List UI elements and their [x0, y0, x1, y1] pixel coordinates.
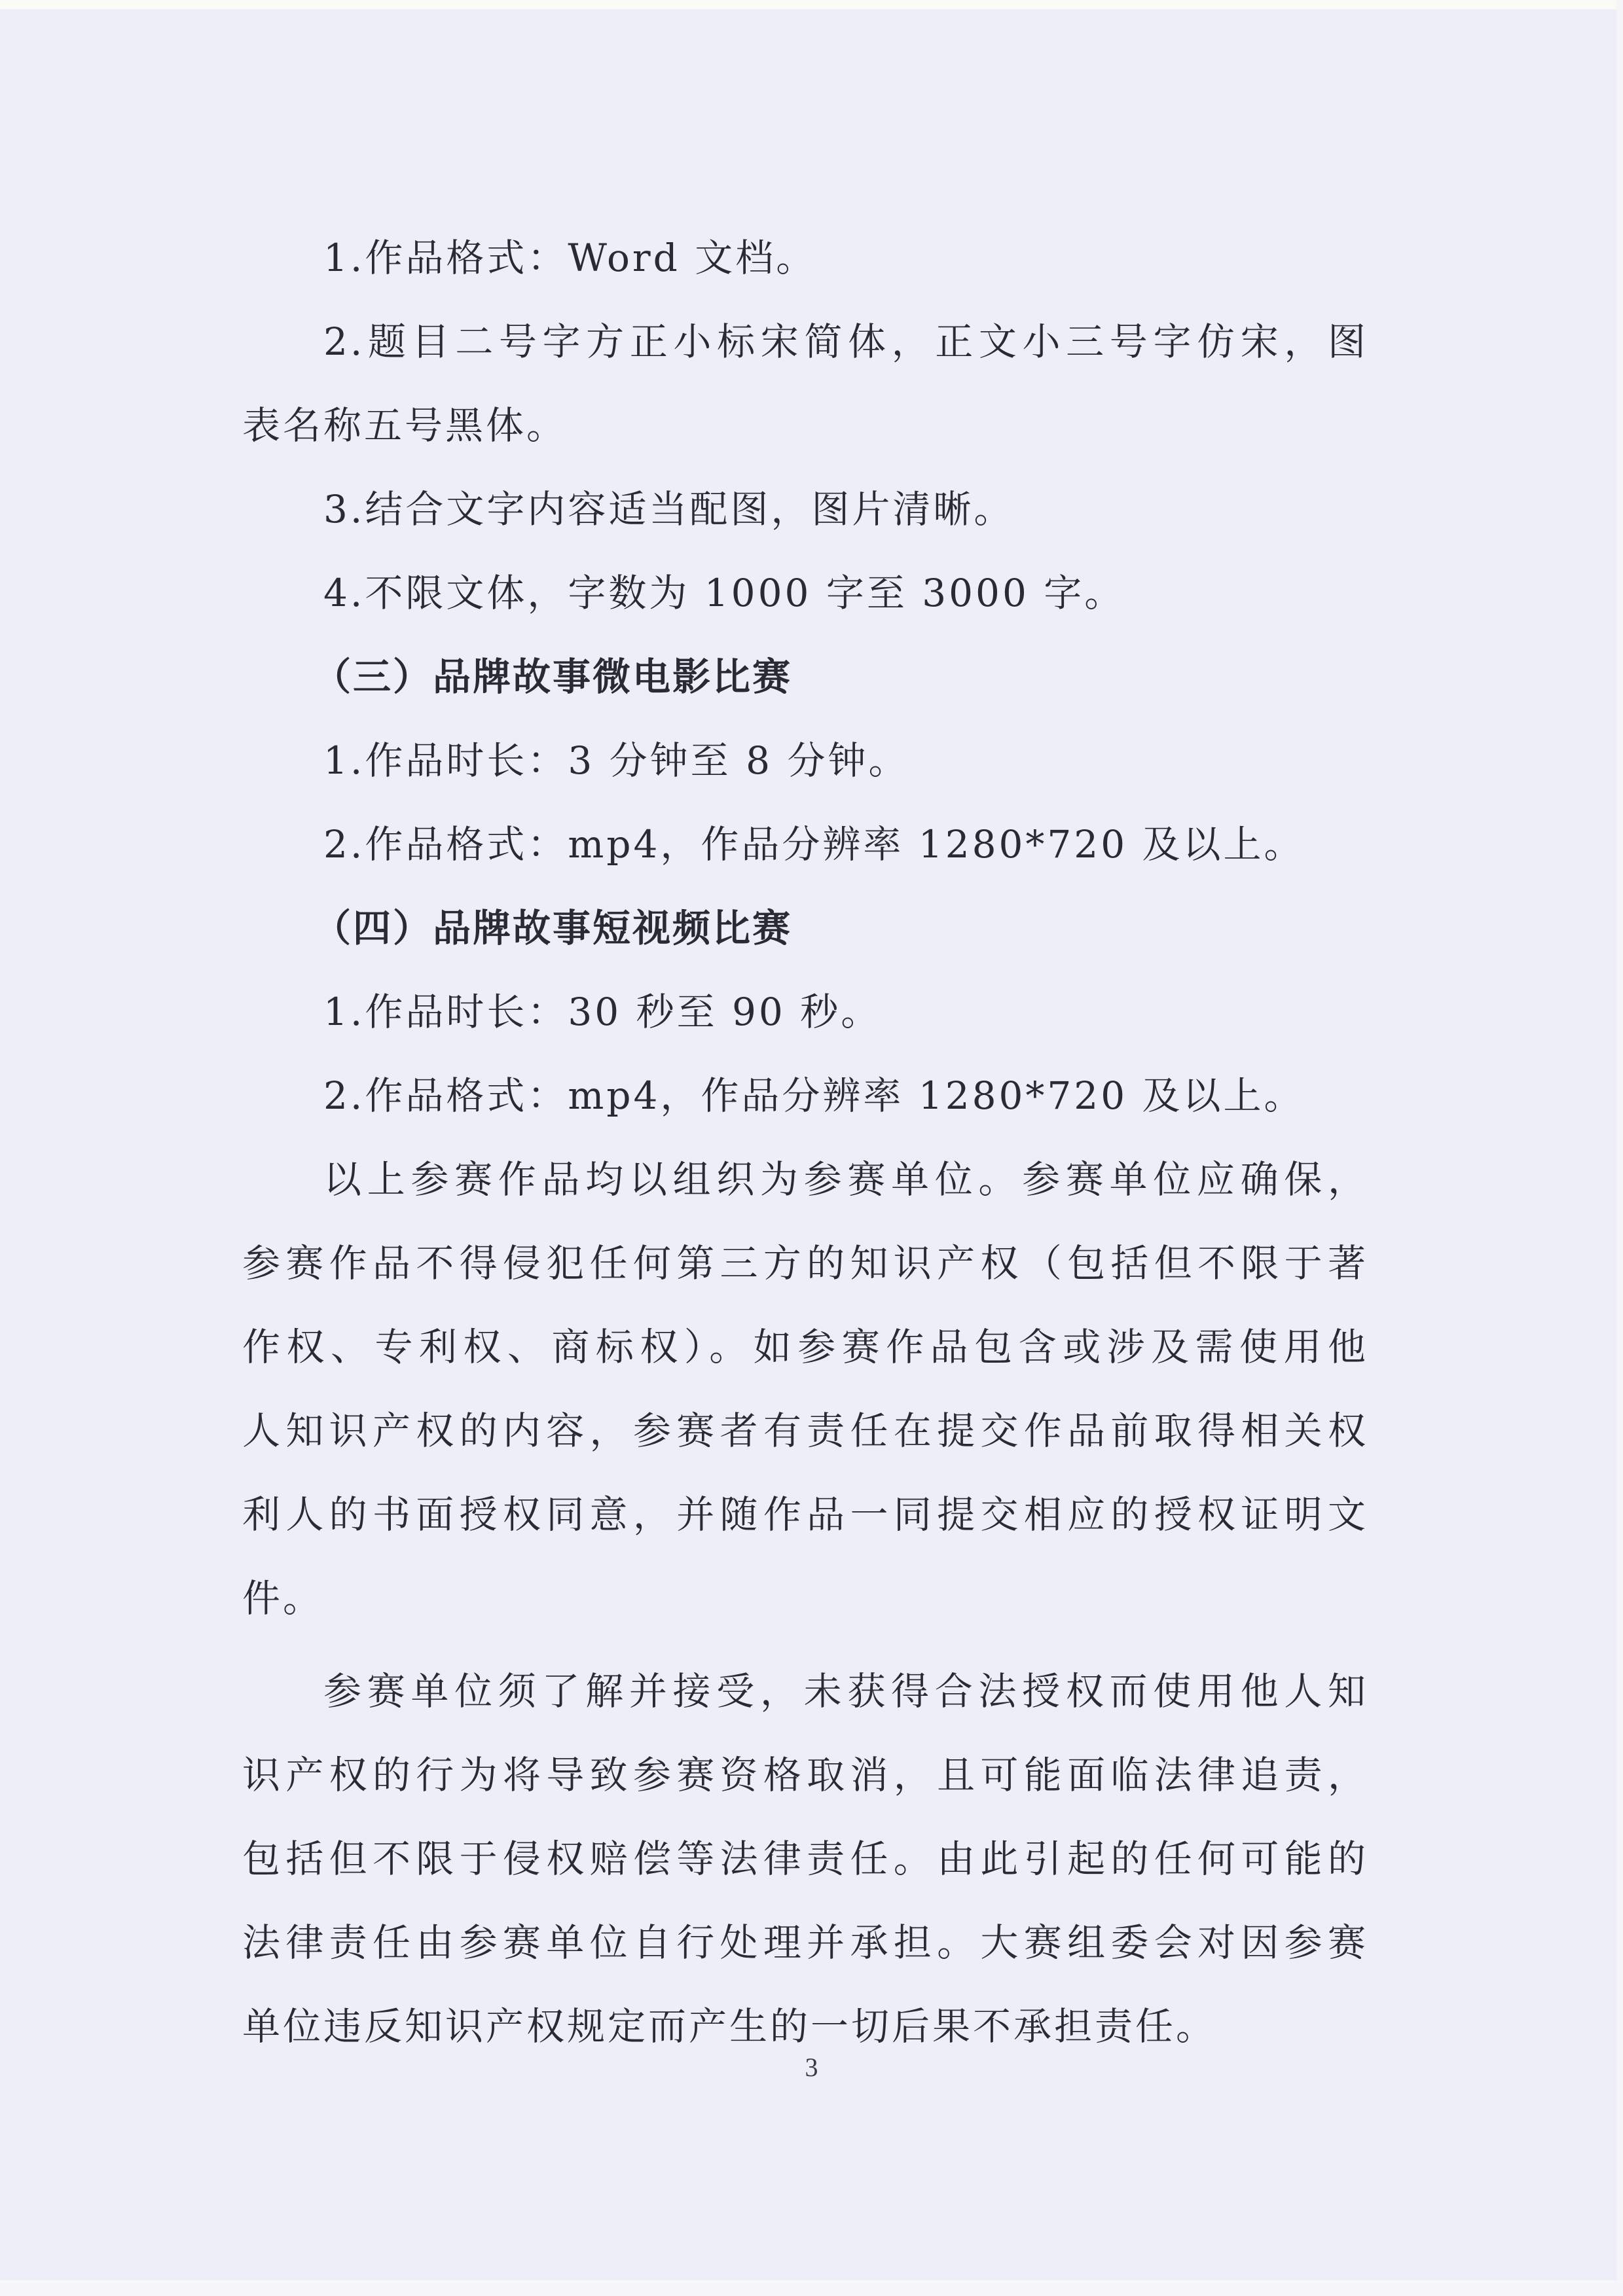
paragraph-line: 参赛作品不得侵犯任何第三方的知识产权（包括但不限于著	[242, 1221, 1368, 1305]
section-heading-micro-film: （三）品牌故事微电影比赛	[242, 635, 1368, 719]
document-body: 1.作品格式：Word 文档。 2.题目二号字方正小标宋简体，正文小三号字仿宋，…	[242, 216, 1368, 2068]
paragraph-line: 利人的书面授权同意，并随作品一同提交相应的授权证明文	[242, 1473, 1368, 1556]
format-item-2: 2.题目二号字方正小标宋简体，正文小三号字仿宋，图	[242, 300, 1368, 384]
paragraph-liability: 参赛单位须了解并接受，未获得合法授权而使用他人知 识产权的行为将导致参赛资格取消…	[242, 1649, 1368, 2068]
paragraph-line: 人知识产权的内容，参赛者有责任在提交作品前取得相关权	[242, 1389, 1368, 1473]
micro-film-item-2: 2.作品格式：mp4，作品分辨率 1280*720 及以上。	[242, 802, 1368, 886]
paragraph-ip-requirements: 以上参赛作品均以组织为参赛单位。参赛单位应确保， 参赛作品不得侵犯任何第三方的知…	[242, 1138, 1368, 1640]
scan-bottom-edge	[0, 2280, 1623, 2296]
paragraph-line: 作权、专利权、商标权）。如参赛作品包含或涉及需使用他	[242, 1305, 1368, 1389]
micro-film-item-1: 1.作品时长：3 分钟至 8 分钟。	[242, 719, 1368, 802]
paragraph-line: 件。	[242, 1556, 1368, 1640]
paragraph-line: 包括但不限于侵权赔偿等法律责任。由此引起的任何可能的	[242, 1817, 1368, 1901]
section-heading-short-video: （四）品牌故事短视频比赛	[242, 886, 1368, 970]
section-short-video: （四）品牌故事短视频比赛 1.作品时长：30 秒至 90 秒。 2.作品格式：m…	[242, 886, 1368, 1138]
section-micro-film: （三）品牌故事微电影比赛 1.作品时长：3 分钟至 8 分钟。 2.作品格式：m…	[242, 635, 1368, 886]
paragraph-line: 以上参赛作品均以组织为参赛单位。参赛单位应确保，	[242, 1138, 1368, 1221]
format-item-2-continued: 表名称五号黑体。	[242, 384, 1368, 467]
paragraph-spacer	[242, 1640, 1368, 1649]
paragraph-line: 参赛单位须了解并接受，未获得合法授权而使用他人知	[242, 1649, 1368, 1733]
format-item-4: 4.不限文体，字数为 1000 字至 3000 字。	[242, 551, 1368, 635]
format-requirements-list: 1.作品格式：Word 文档。 2.题目二号字方正小标宋简体，正文小三号字仿宋，…	[242, 216, 1368, 635]
paragraph-line: 法律责任由参赛单位自行处理并承担。大赛组委会对因参赛	[242, 1901, 1368, 1984]
paragraph-line: 识产权的行为将导致参赛资格取消，且可能面临法律追责，	[242, 1733, 1368, 1817]
format-item-3: 3.结合文字内容适当配图，图片清晰。	[242, 467, 1368, 551]
scan-top-edge	[0, 0, 1623, 9]
page-number: 3	[0, 2052, 1623, 2083]
short-video-item-1: 1.作品时长：30 秒至 90 秒。	[242, 970, 1368, 1054]
format-item-1: 1.作品格式：Word 文档。	[242, 216, 1368, 300]
short-video-item-2: 2.作品格式：mp4，作品分辨率 1280*720 及以上。	[242, 1054, 1368, 1138]
scan-right-edge	[1616, 0, 1623, 2296]
